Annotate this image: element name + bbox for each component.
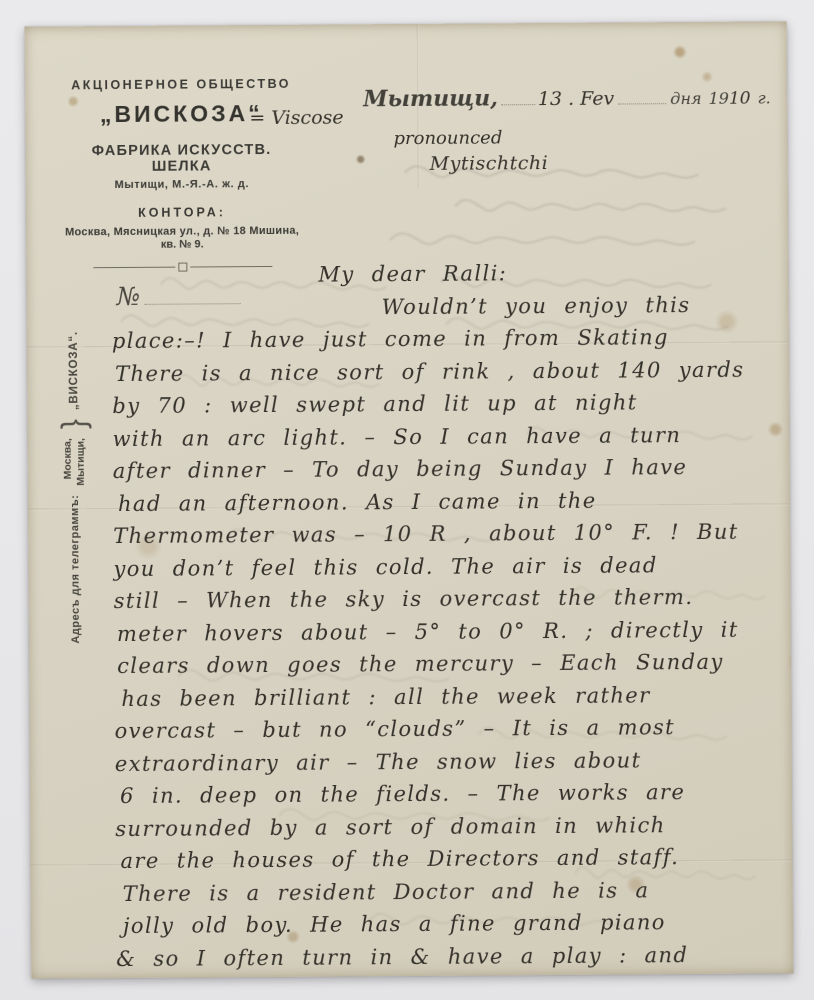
dateline-blank	[501, 90, 535, 105]
letter-paper: АКЦІОНЕРНОЕ ОБЩЕСТВО „ВИСКОЗА“ = Viscose…	[25, 21, 794, 978]
pronunciation-spelling: Mytischtchi	[430, 152, 549, 175]
letter-line: There is a nice sort of rink , about 140…	[115, 357, 744, 385]
handwritten-date: 13 . Fev	[538, 88, 615, 111]
divider-line	[93, 267, 175, 269]
factory-line: ФАБРИКА ИСКУССТВ. ШЕЛКА	[64, 142, 300, 176]
letter-line: jolly old boy. He has a fine grand piano	[123, 910, 666, 938]
pronunciation-note: pronounced	[393, 127, 502, 149]
letter-line: & so I often turn in & have a play : and	[116, 943, 688, 971]
divider-square-mark	[178, 263, 187, 272]
letter-line: has been brilliant : all the week rather	[121, 683, 650, 711]
letter-line: clears down goes the mercury – Each Sund…	[117, 650, 724, 678]
dateline-year-suffix: г.	[757, 88, 770, 107]
dateline: Мытищи, 13 . Fev дня 19 10 г.	[363, 83, 773, 112]
telegraph-brace: }	[56, 419, 93, 429]
letter-line: meter hovers about – 5° to 0° R. ; direc…	[117, 617, 739, 645]
telegraph-label: Адресъ для телеграммъ:	[69, 495, 82, 644]
letter-line: by 70 : well swept and lit up at night	[112, 390, 637, 418]
photo-background: АКЦІОНЕРНОЕ ОБЩЕСТВО „ВИСКОЗА“ = Viscose…	[0, 0, 814, 1000]
letter-line: had an afternoon. As I came in the	[118, 488, 597, 515]
fold-crease-horizontal	[31, 859, 793, 866]
letter-line: are the houses of the Directors and staf…	[120, 845, 679, 873]
document-number-row: №	[64, 281, 300, 312]
company-type: АКЦІОНЕРНОЕ ОБЩЕСТВО	[63, 77, 299, 93]
company-name-row: „ВИСКОЗА“ = Viscose	[63, 100, 299, 129]
fold-crease-horizontal	[28, 503, 790, 510]
letter-line: surrounded by a sort of domain in which	[115, 813, 666, 841]
number-sign: №	[116, 282, 140, 311]
divider-line	[190, 266, 272, 268]
office-address-line1: Москва, Мясницкая ул., д. № 18 Мишина,	[64, 225, 300, 239]
letter-line: place:–! I have just come in from Skatin…	[112, 325, 669, 353]
letter-line: with an arc light. – So I can have a tur…	[112, 423, 681, 451]
letter-line: after dinner – To day being Sunday I hav…	[113, 455, 688, 483]
telegraph-company-name: „ВИСКОЗА“.	[68, 331, 81, 410]
letter-line: still – When the sky is overcast the the…	[114, 585, 694, 613]
letter-line: There is a resident Doctor and he is a	[123, 878, 650, 906]
letter-line: Wouldn’t you enjoy this	[382, 293, 691, 319]
letter-line: you don’t feel this cold. The air is dea…	[113, 553, 657, 581]
dateline-place: Мытищи,	[363, 85, 498, 112]
dateline-year-printed: 19	[708, 89, 728, 108]
dateline-blank	[618, 89, 666, 104]
letter-salutation: My dear Ralli:	[318, 261, 507, 286]
letterhead-divider	[64, 262, 300, 273]
office-address-line2: кв. № 9.	[64, 238, 300, 252]
telegraph-city-moscow: Москва,	[62, 438, 75, 479]
handwritten-year: 10	[729, 89, 751, 109]
letter-line: extraordinary air – The snow lies about	[115, 748, 642, 776]
factory-location: Мытищи, М.-Я.-А. ж. д.	[64, 178, 300, 192]
fold-crease-horizontal	[27, 341, 789, 348]
letter-line: 6 in. deep on the fields. – The works ar…	[120, 780, 685, 808]
telegraph-city-mytishchi: Мытищи,	[75, 438, 88, 486]
office-label: КОНТОРА:	[64, 205, 300, 221]
letter-line: Thermometer was – 10 R , about 10° F. ! …	[113, 520, 738, 548]
number-blank-line	[145, 289, 241, 305]
company-name-handwritten-annotation: = Viscose	[249, 106, 343, 129]
letter-line: overcast – but no “clouds” – It is a mos…	[115, 715, 676, 743]
dateline-day-label: дня	[670, 89, 701, 108]
telegraph-cities: Москва, Мытищи,	[62, 438, 88, 486]
telegraph-address: Адресъ для телеграммъ: Москва, Мытищи, }…	[52, 322, 98, 652]
letterhead: АКЦІОНЕРНОЕ ОБЩЕСТВО „ВИСКОЗА“ = Viscose…	[63, 77, 301, 312]
company-name: „ВИСКОЗА“	[100, 100, 263, 127]
